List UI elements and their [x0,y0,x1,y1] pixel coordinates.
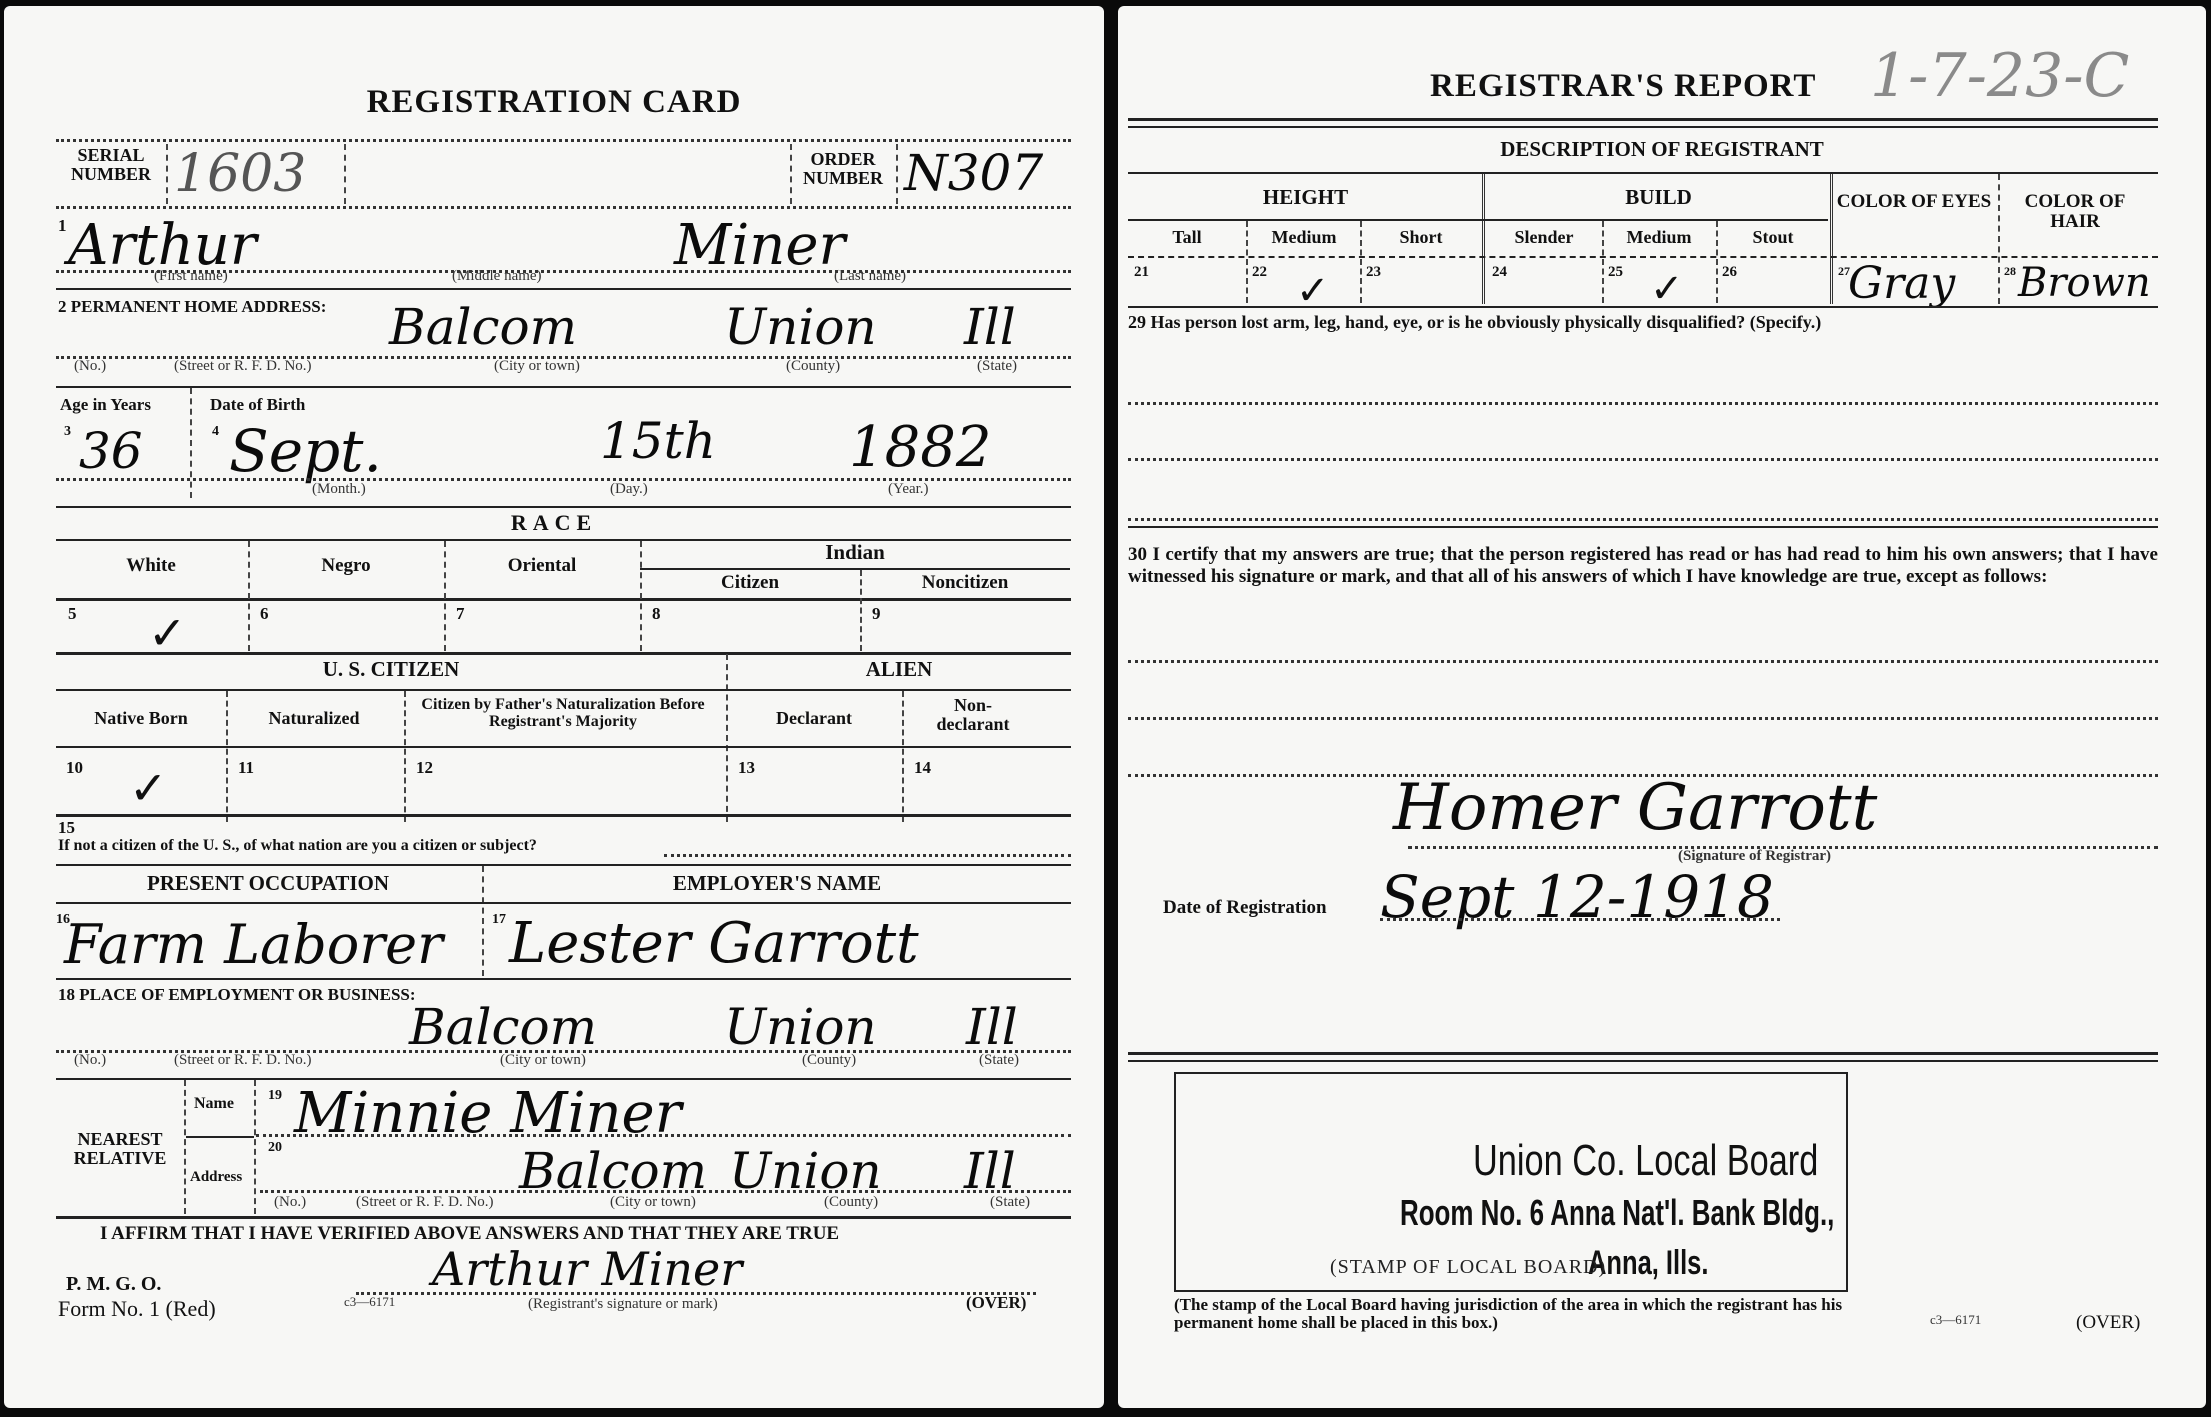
hair-color-value: Brown [2018,260,2151,306]
registrant-signature: Arthur Miner [432,1242,742,1296]
registration-card: REGISTRATION CARD SERIAL NUMBER 1603 ORD… [4,6,1104,1408]
dob-day: 15th [600,416,716,466]
height-heading: HEIGHT [1128,186,1483,208]
employment-county: Union [724,1002,877,1052]
age-label: Age in Years [60,396,151,414]
relative-state: Ill [964,1146,1016,1196]
first-name: Arthur [68,218,257,274]
employer-value: Lester Garrott [509,916,919,972]
native-born-checkbox: ✓ [129,761,168,815]
nearest-relative-label: NEAREST RELATIVE [60,1130,180,1168]
date-of-registration-label: Date of Registration [1163,898,1327,918]
employment-state: Ill [966,1002,1018,1052]
employer-heading: EMPLOYER'S NAME [484,872,1070,894]
form-number: Form No. 1 (Red) [58,1296,216,1322]
order-number-value: N307 [904,148,1043,198]
dob-year: 1882 [849,420,992,476]
question-30: 30 I certify that my answers are true; t… [1128,544,2158,588]
occupation-heading: PRESENT OCCUPATION [56,872,480,894]
stamp-note: (The stamp of the Local Board having jur… [1174,1296,1854,1332]
description-heading: DESCRIPTION OF REGISTRANT [1118,138,2206,160]
nation-question: If not a citizen of the U. S., of what n… [58,838,537,855]
build-heading: BUILD [1486,186,1831,208]
report-title: REGISTRAR'S REPORT [1430,68,1816,105]
card-title: REGISTRATION CARD [4,84,1104,121]
over-label-right: (OVER) [2076,1312,2140,1334]
employment-city: Balcom [409,1002,597,1052]
affirmation-text: I AFFIRM THAT I HAVE VERIFIED ABOVE ANSW… [100,1224,839,1244]
home-county: Union [724,302,877,352]
home-address-label: 2 PERMANENT HOME ADDRESS: [58,298,326,316]
place-of-employment-label: 18 PLACE OF EMPLOYMENT OR BUSINESS: [58,986,416,1004]
registrar-signature: Homer Garrott [1393,776,1877,840]
over-label: (OVER) [966,1294,1026,1312]
dob-month: Sept. [229,422,382,480]
last-name: Miner [674,218,845,274]
stamp-line-1: Union Co. Local Board [1473,1136,1818,1186]
question-29: 29 Has person lost arm, leg, hand, eye, … [1128,312,2158,333]
stamp-caption: (STAMP OF LOCAL BOARD) [1330,1256,1606,1279]
occupation-value: Farm Laborer [64,918,443,972]
relative-county: Union [729,1146,882,1196]
age-value: 36 [79,426,143,476]
serial-number-value: 1603 [174,148,306,200]
eye-color-value: Gray [1848,258,1955,309]
home-state: Ill [964,302,1016,352]
home-city: Balcom [389,302,577,352]
alien-heading: ALIEN [728,658,1070,680]
us-citizen-heading: U. S. CITIZEN [56,658,726,680]
race-heading: RACE [4,511,1104,534]
relative-city: Balcom [519,1146,707,1196]
eyes-heading: COLOR OF EYES [1834,192,1994,212]
stamp-line-2: Room No. 6 Anna Nat'l. Bank Bldg., [1400,1192,1834,1234]
registrars-report-card: REGISTRAR'S REPORT 1-7-23-C DESCRIPTION … [1118,6,2206,1408]
serial-number-label: SERIAL NUMBER [56,146,166,184]
dob-label: Date of Birth [210,396,305,414]
hair-heading: COLOR OF HAIR [2000,192,2150,232]
annotation: 1-7-23-C [1870,46,2129,106]
order-number-label: ORDER NUMBER [792,150,894,188]
